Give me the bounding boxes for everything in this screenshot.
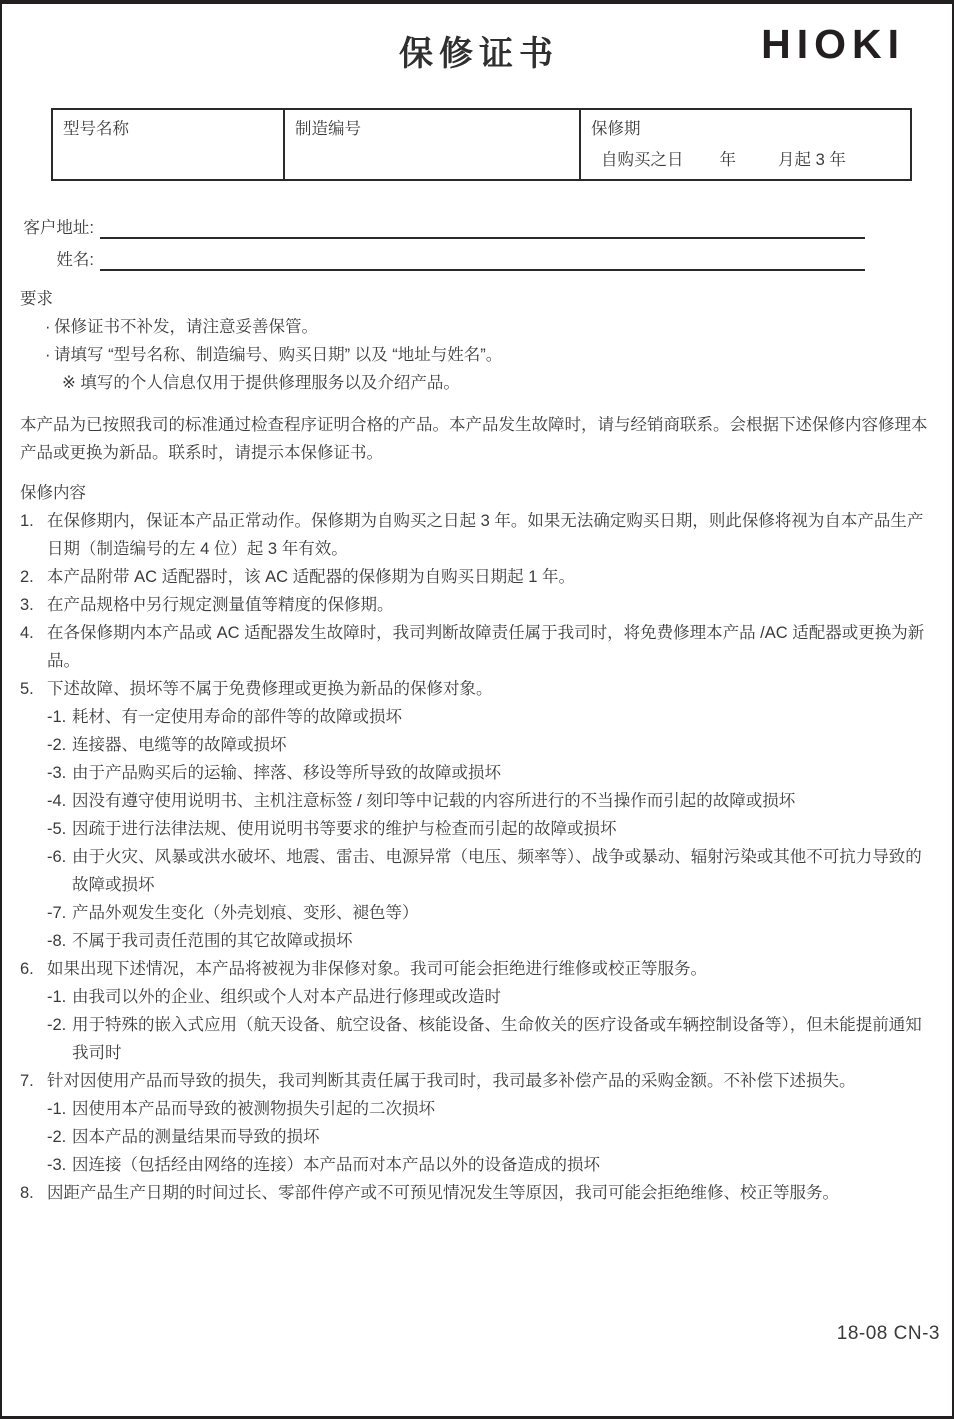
name-fill-line xyxy=(100,239,865,271)
privacy-note: ※ 填写的个人信息仅用于提供修理服务以及介绍产品。 xyxy=(62,369,938,397)
subitem-number: -6. xyxy=(47,843,72,899)
hioki-logo: HIOKI xyxy=(761,25,905,63)
warranty-item-main: 7. 针对因使用产品而导致的损失，我司判断其责任属于我司时，我司最多补偿产品的采… xyxy=(20,1067,938,1095)
item-number: 7. xyxy=(20,1067,47,1095)
warranty-subitem: -1. 因使用本产品而导致的被测物损失引起的二次损坏 xyxy=(47,1095,938,1123)
item-number: 6. xyxy=(20,955,47,983)
warranty-subitem: -2. 连接器、电缆等的故障或损坏 xyxy=(47,731,938,759)
item-text: 下述故障、损坏等不属于免费修理或更换为新品的保修对象。 xyxy=(47,675,938,703)
serial-number-cell: 制造编号 xyxy=(284,109,580,180)
address-fill-line xyxy=(100,207,865,239)
subitem-text: 因没有遵守使用说明书、主机注意标签 / 刻印等中记载的内容所进行的不当操作而引起… xyxy=(72,787,938,815)
warranty-subitem: -5. 因疏于进行法律法规、使用说明书等要求的维护与检查而引起的故障或损坏 xyxy=(47,815,938,843)
item-text: 因距产品生产日期的时间过长、零部件停产或不可预见情况发生等原因，我司可能会拒绝维… xyxy=(47,1179,938,1207)
warranty-subitem: -2. 因本产品的测量结果而导致的损坏 xyxy=(47,1123,938,1151)
warranty-subitem: -1. 由我司以外的企业、组织或个人对本产品进行修理或改造时 xyxy=(47,983,938,1011)
warranty-item-main: 8. 因距产品生产日期的时间过长、零部件停产或不可预见情况发生等原因，我司可能会… xyxy=(20,1179,938,1207)
subitem-text: 产品外观发生变化（外壳划痕、变形、褪色等） xyxy=(72,899,938,927)
warranty-item: 5. 下述故障、损坏等不属于免费修理或更换为新品的保修对象。 -1. 耗材、有一… xyxy=(20,675,938,955)
warranty-item-main: 2. 本产品附带 AC 适配器时，该 AC 适配器的保修期为自购买日期起 1 年… xyxy=(20,563,938,591)
subitem-text: 由我司以外的企业、组织或个人对本产品进行修理或改造时 xyxy=(72,983,938,1011)
warranty-subitem: -2. 用于特殊的嵌入式应用（航天设备、航空设备、核能设备、生命攸关的医疗设备或… xyxy=(47,1011,938,1067)
subitem-number: -1. xyxy=(47,1095,72,1123)
warranty-item: 7. 针对因使用产品而导致的损失，我司判断其责任属于我司时，我司最多补偿产品的采… xyxy=(20,1067,938,1179)
item-text: 在各保修期内本产品或 AC 适配器发生故障时，我司判断故障责任属于我司时，将免费… xyxy=(47,619,938,675)
subitem-number: -3. xyxy=(47,759,72,787)
warranty-period-cell: 保修期 自购买之日年月起 3 年 xyxy=(580,109,911,180)
warranty-item: 3. 在产品规格中另行规定测量值等精度的保修期。 xyxy=(20,591,938,619)
period-prefix: 自购买之日 xyxy=(601,151,684,169)
warranty-subitem: -7. 产品外观发生变化（外壳划痕、变形、褪色等） xyxy=(47,899,938,927)
period-suffix: 月起 3 年 xyxy=(778,151,846,169)
warranty-subitem: -4. 因没有遵守使用说明书、主机注意标签 / 刻印等中记载的内容所进行的不当操… xyxy=(47,787,938,815)
doc-code: 18-08 CN-3 xyxy=(837,1324,940,1344)
subitem-number: -4. xyxy=(47,787,72,815)
subitem-number: -1. xyxy=(47,983,72,1011)
warranty-item-main: 3. 在产品规格中另行规定测量值等精度的保修期。 xyxy=(20,591,938,619)
warranty-subitem: -3. 由于产品购买后的运输、摔落、移设等所导致的故障或损坏 xyxy=(47,759,938,787)
request-bullet-2: · 请填写 “型号名称、制造编号、购买日期” 以及 “地址与姓名”。 xyxy=(20,341,938,369)
warranty-item: 8. 因距产品生产日期的时间过长、零部件停产或不可预见情况发生等原因，我司可能会… xyxy=(20,1179,938,1207)
warranty-list: 1. 在保修期内，保证本产品正常动作。保修期为自购买之日起 3 年。如果无法确定… xyxy=(20,507,938,1207)
item-text: 在保修期内，保证本产品正常动作。保修期为自购买之日起 3 年。如果无法确定购买日… xyxy=(47,507,938,563)
subitem-number: -1. xyxy=(47,703,72,731)
warranty-subitems: -1. 因使用本产品而导致的被测物损失引起的二次损坏 -2. 因本产品的测量结果… xyxy=(20,1095,938,1179)
warranty-item-main: 4. 在各保修期内本产品或 AC 适配器发生故障时，我司判断故障责任属于我司时，… xyxy=(20,619,938,675)
item-text: 本产品附带 AC 适配器时，该 AC 适配器的保修期为自购买日期起 1 年。 xyxy=(47,563,938,591)
subitem-text: 因疏于进行法律法规、使用说明书等要求的维护与检查而引起的故障或损坏 xyxy=(72,815,938,843)
requests-section: 要求 · 保修证书不补发，请注意妥善保管。 · 请填写 “型号名称、制造编号、购… xyxy=(20,285,938,397)
warranty-subitems: -1. 由我司以外的企业、组织或个人对本产品进行修理或改造时 -2. 用于特殊的… xyxy=(20,983,938,1067)
warranty-period-line: 自购买之日年月起 3 年 xyxy=(591,148,900,172)
header: 保修证书 HIOKI xyxy=(20,4,938,108)
warranty-item: 6. 如果出现下述情况，本产品将被视为非保修对象。我司可能会拒绝进行维修或校正等… xyxy=(20,955,938,1067)
warranty-subitems: -1. 耗材、有一定使用寿命的部件等的故障或损坏 -2. 连接器、电缆等的故障或… xyxy=(20,703,938,955)
address-label: 客户地址: xyxy=(20,218,94,239)
info-table-row: 型号名称 制造编号 保修期 自购买之日年月起 3 年 xyxy=(52,109,911,180)
request-bullet-1-text: 保修证书不补发，请注意妥善保管。 xyxy=(54,313,938,341)
subitem-text: 由于火灾、风暴或洪水破坏、地震、雷击、电源异常（电压、频率等）、战争或暴动、辐射… xyxy=(72,843,938,899)
subitem-text: 不属于我司责任范围的其它故障或损坏 xyxy=(72,927,938,955)
warranty-item-main: 6. 如果出现下述情况，本产品将被视为非保修对象。我司可能会拒绝进行维修或校正等… xyxy=(20,955,938,983)
subitem-text: 因连接（包括经由网络的连接）本产品而对本产品以外的设备造成的损坏 xyxy=(72,1151,938,1179)
warranty-item-main: 1. 在保修期内，保证本产品正常动作。保修期为自购买之日起 3 年。如果无法确定… xyxy=(20,507,938,563)
request-bullet-1: · 保修证书不补发，请注意妥善保管。 xyxy=(20,313,938,341)
model-name-label: 型号名称 xyxy=(63,120,129,138)
product-info-table: 型号名称 制造编号 保修期 自购买之日年月起 3 年 xyxy=(51,108,912,181)
subitem-text: 用于特殊的嵌入式应用（航天设备、航空设备、核能设备、生命攸关的医疗设备或车辆控制… xyxy=(72,1011,938,1067)
subitem-number: -8. xyxy=(47,927,72,955)
subitem-number: -7. xyxy=(47,899,72,927)
model-name-cell: 型号名称 xyxy=(52,109,284,180)
serial-number-label: 制造编号 xyxy=(295,120,361,138)
warranty-heading: 保修内容 xyxy=(20,479,938,507)
name-label: 姓名: xyxy=(20,250,94,271)
warranty-subitem: -3. 因连接（包括经由网络的连接）本产品而对本产品以外的设备造成的损坏 xyxy=(47,1151,938,1179)
subitem-text: 连接器、电缆等的故障或损坏 xyxy=(72,731,938,759)
customer-address-row: 客户地址: xyxy=(20,207,865,239)
warranty-item: 4. 在各保修期内本产品或 AC 适配器发生故障时，我司判断故障责任属于我司时，… xyxy=(20,619,938,675)
item-number: 3. xyxy=(20,591,47,619)
subitem-text: 因本产品的测量结果而导致的损坏 xyxy=(72,1123,938,1151)
bullet-dot-icon: · xyxy=(45,313,54,341)
subitem-number: -2. xyxy=(47,1011,72,1067)
subitem-text: 因使用本产品而导致的被测物损失引起的二次损坏 xyxy=(72,1095,938,1123)
warranty-subitem: -6. 由于火灾、风暴或洪水破坏、地震、雷击、电源异常（电压、频率等）、战争或暴… xyxy=(47,843,938,899)
warranty-subitem: -8. 不属于我司责任范围的其它故障或损坏 xyxy=(47,927,938,955)
subitem-number: -2. xyxy=(47,731,72,759)
period-year-label: 年 xyxy=(720,151,737,169)
item-text: 如果出现下述情况，本产品将被视为非保修对象。我司可能会拒绝进行维修或校正等服务。 xyxy=(47,955,938,983)
item-text: 针对因使用产品而导致的损失，我司判断其责任属于我司时，我司最多补偿产品的采购金额… xyxy=(47,1067,938,1095)
subitem-number: -3. xyxy=(47,1151,72,1179)
warranty-item: 1. 在保修期内，保证本产品正常动作。保修期为自购买之日起 3 年。如果无法确定… xyxy=(20,507,938,563)
warranty-period-label: 保修期 xyxy=(591,117,900,141)
bullet-dot-icon: · xyxy=(45,341,54,369)
subitem-number: -5. xyxy=(47,815,72,843)
subitem-number: -2. xyxy=(47,1123,72,1151)
requests-heading: 要求 xyxy=(20,285,938,313)
item-number: 2. xyxy=(20,563,47,591)
warranty-subitem: -1. 耗材、有一定使用寿命的部件等的故障或损坏 xyxy=(47,703,938,731)
warranty-certificate-page: 保修证书 HIOKI 型号名称 制造编号 保修期 自购买之日年月起 3 年 客户… xyxy=(0,0,954,1419)
item-number: 1. xyxy=(20,507,47,563)
warranty-item-main: 5. 下述故障、损坏等不属于免费修理或更换为新品的保修对象。 xyxy=(20,675,938,703)
item-number: 8. xyxy=(20,1179,47,1207)
item-number: 4. xyxy=(20,619,47,675)
warranty-item: 2. 本产品附带 AC 适配器时，该 AC 适配器的保修期为自购买日期起 1 年… xyxy=(20,563,938,591)
subitem-text: 耗材、有一定使用寿命的部件等的故障或损坏 xyxy=(72,703,938,731)
subitem-text: 由于产品购买后的运输、摔落、移设等所导致的故障或损坏 xyxy=(72,759,938,787)
intro-paragraph: 本产品为已按照我司的标准通过检查程序证明合格的产品。本产品发生故障时，请与经销商… xyxy=(20,411,937,467)
customer-name-row: 姓名: xyxy=(20,239,865,271)
customer-section: 客户地址: 姓名: xyxy=(20,207,865,271)
request-bullet-2-text: 请填写 “型号名称、制造编号、购买日期” 以及 “地址与姓名”。 xyxy=(54,341,938,369)
item-number: 5. xyxy=(20,675,47,703)
item-text: 在产品规格中另行规定测量值等精度的保修期。 xyxy=(47,591,938,619)
